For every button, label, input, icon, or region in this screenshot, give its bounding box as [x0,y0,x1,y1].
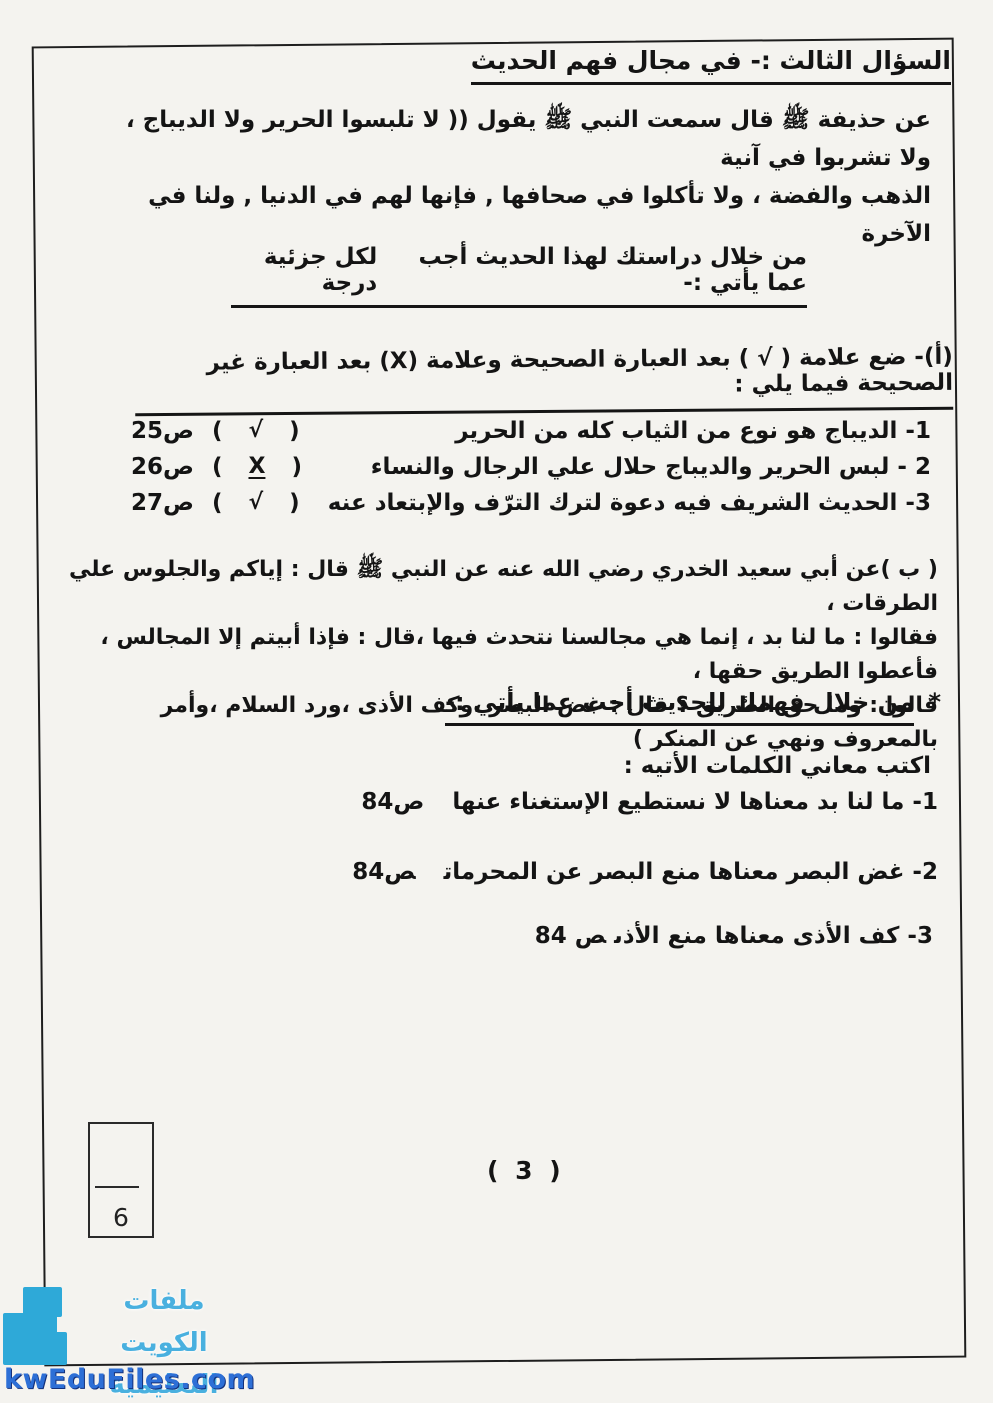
hadith-line-1: عن حذيفة ﷺ قال سمعت النبي ﷺ يقول (( لا ت… [101,101,931,177]
section-b-heading-text: من خلال فهمك للحديث أجب عما يأتي :- [445,688,914,726]
page-reference: ص84 [352,859,415,885]
meaning-text: 3- كف الأذى معناها منع الأذى [614,923,933,949]
paren-close: ) [291,454,302,480]
meaning-item-2: 2- غض البصر معناها منع البصر عن المحرمات… [352,859,938,885]
answer-cell: ص25 ( √ ) [131,418,300,444]
true-false-item-1: 1- الديباج هو نوع من الثياب كله من الحري… [131,417,931,444]
true-false-items: 1- الديباج هو نوع من الثياب كله من الحري… [131,417,931,525]
grading-note: لكل جزئية درجة [231,244,377,296]
score-divider-line [95,1186,139,1188]
answer-cell: ص27 ( √ ) [131,490,300,516]
true-false-item-2: 2 - لبس الحرير والديباج حلال علي الرجال … [131,453,931,480]
page-reference: ص26 [131,454,194,480]
section-a-heading: (أ)- ضع علامة ( √ ) بعد العبارة الصحيحة … [135,344,953,416]
watermark-logo-icon [40,1332,67,1365]
question-title: السؤال الثالث :- في مجال فهم الحديث [471,46,951,85]
paren-close: ) [289,418,300,444]
page-number: ( 3 ) [487,1156,565,1185]
hadith-line-2: الذهب والفضة ، ولا تأكلوا في صحافها , فإ… [101,177,931,253]
instruction-line: من خلال دراستك لهذا الحديث أجب عما يأتي … [231,244,807,308]
true-false-item-3: 3- الحديث الشريف فيه دعوة لترك الترّف وا… [131,489,931,516]
page-reference: ص84 [361,789,424,815]
score-box: 6 [88,1122,154,1238]
meaning-text: 2- غض البصر معناها منع البصر عن المحرمات [444,859,938,885]
answer-mark-x: X [222,454,291,479]
hadith-hudhayfah-paragraph: عن حذيفة ﷺ قال سمعت النبي ﷺ يقول (( لا ت… [101,101,931,253]
instruction-text: من خلال دراستك لهذا الحديث أجب عما يأتي … [377,244,807,296]
page-reference: ص 84 [535,923,606,949]
meaning-text: 1- ما لنا بد معناها لا نستطيع الإستغناء … [452,789,938,815]
statement-text: 3- الحديث الشريف فيه دعوة لترك الترّف وا… [328,490,931,516]
paren-close: ) [289,490,300,516]
answer-cell: ص26 ( X ) [131,454,302,480]
score-total: 6 [90,1203,152,1232]
meanings-subheading: اكتب معاني الكلمات الأتيه : [624,753,931,779]
asterisk-marker: * [922,688,941,716]
statement-text: 1- الديباج هو نوع من الثياب كله من الحري… [455,418,931,444]
hadith-abu-said-paragraph: ( ب )عن أبي سعيد الخدري رضي الله عنه عن … [68,553,938,757]
watermark-title-line-1: ملفات الكويت [78,1280,250,1364]
paren-open: ( [212,418,223,444]
page-reference: ص27 [131,490,194,516]
meaning-item-3: 3- كف الأذى معناها منع الأذىص 84 [535,923,933,949]
section-b-heading: * من خلال فهمك للحديث أجب عما يأتي :- [445,688,941,726]
hadith-line-2: فقالوا : ما لنا بد ، إنما هي مجالسنا نتح… [68,621,938,689]
paren-open: ( [212,454,223,480]
watermark-site-url: kwEduFiles.com [4,1364,254,1395]
answer-mark-check: √ [222,418,289,443]
meaning-item-1: 1- ما لنا بد معناها لا نستطيع الإستغناء … [361,789,938,815]
answer-mark-check: √ [222,490,289,515]
hadith-line-1: ( ب )عن أبي سعيد الخدري رضي الله عنه عن … [68,553,938,621]
page-reference: ص25 [131,418,194,444]
statement-text: 2 - لبس الحرير والديباج حلال علي الرجال … [371,454,931,480]
paren-open: ( [212,490,223,516]
